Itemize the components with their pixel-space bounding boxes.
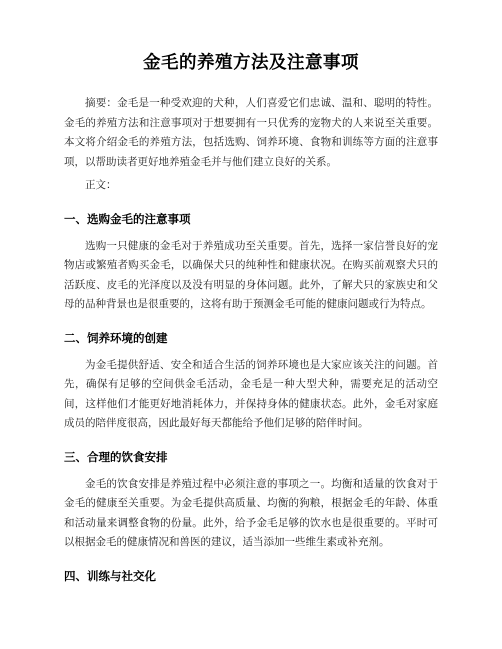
section-1-heading: 一、选购金毛的注意事项 [64,212,438,228]
document-page: 金毛的养殖方法及注意事项 摘要：金毛是一种受欢迎的犬种，人们喜爱它们忠诚、温和、… [0,0,502,649]
body-text-label: 正文： [64,176,438,196]
section-1-paragraph: 选购一只健康的金毛对于养殖成功至关重要。首先，选择一家信誉良好的宠物店或繁殖者购… [64,237,438,315]
section-3-heading: 三、合理的饮食安排 [64,450,438,466]
section-2-paragraph: 为金毛提供舒适、安全和适合生活的饲养环境也是大家应该关注的问题。首先，确保有足够… [64,356,438,434]
section-2-heading: 二、饲养环境的创建 [64,331,438,347]
section-4-heading: 四、训练与社交化 [64,569,438,585]
section-3-paragraph: 金毛的饮食安排是养殖过程中必须注意的事项之一。均衡和适量的饮食对于金毛的健康至关… [64,475,438,553]
abstract-paragraph: 摘要：金毛是一种受欢迎的犬种，人们喜爱它们忠诚、温和、聪明的特性。金毛的养殖方法… [64,94,438,172]
document-title: 金毛的养殖方法及注意事项 [64,48,438,76]
